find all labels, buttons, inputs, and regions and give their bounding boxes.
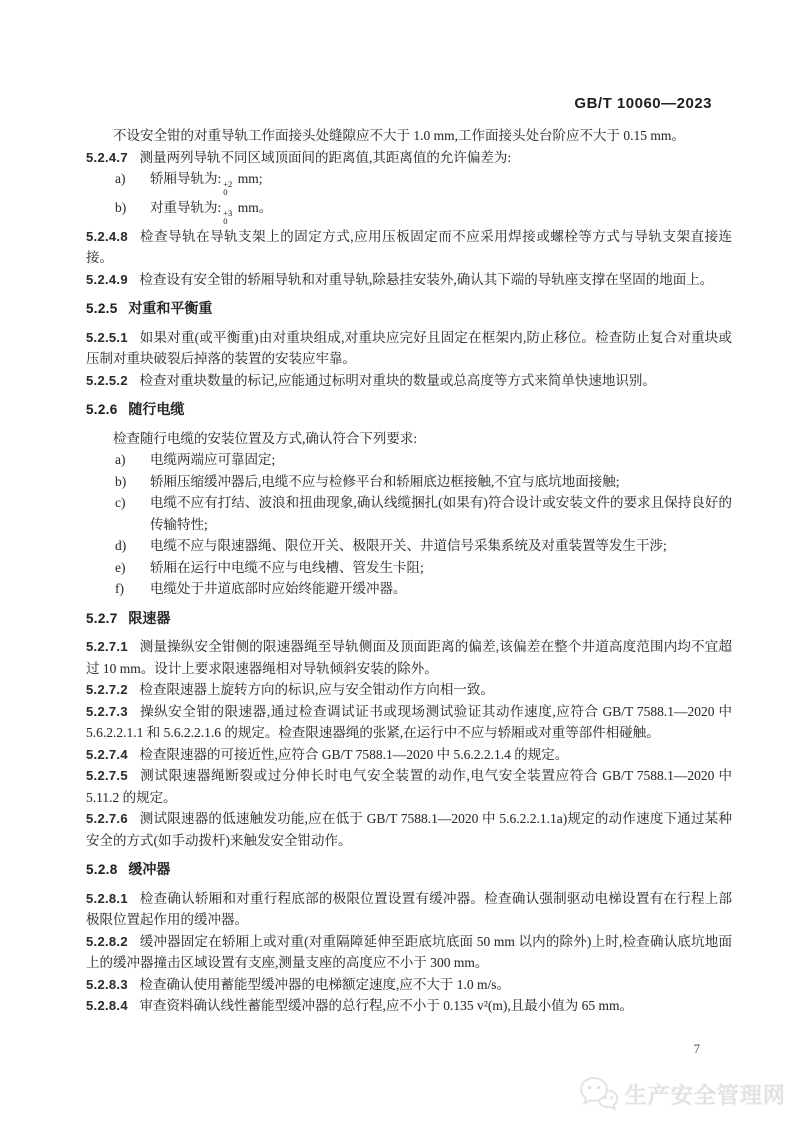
list-item-text: 对重导轨为:+30 mm。 (150, 197, 732, 226)
section-number: 5.2.7 (86, 611, 118, 626)
list-marker: b) (115, 197, 150, 226)
clause-paragraph: 5.2.4.9检查设有安全钳的轿厢导轨和对重导轨,除悬挂安装外,确认其下端的导轨… (86, 269, 732, 291)
document-page: GB/T 10060—2023 不设安全钳的对重导轨工作面接头处缝隙应不大于 1… (0, 0, 800, 1129)
section-title: 随行电缆 (128, 401, 184, 417)
section-title: 缓冲器 (128, 861, 170, 877)
tolerance-value: +20 (223, 180, 232, 197)
clause-paragraph: 5.2.8.2缓冲器固定在轿厢上或对重(对重隔障延伸至距底坑底面 50 mm 以… (86, 931, 732, 974)
section-heading: 5.2.6随行电缆 (86, 399, 732, 421)
text-run: 电缆处于井道底部时应始终能避开缓冲器。 (150, 581, 407, 596)
clause-paragraph: 5.2.7.4检查限速器的可接近性,应符合 GB/T 7588.1—2020 中… (86, 744, 732, 766)
list-item: a)电缆两端应可靠固定; (86, 449, 732, 471)
clause-paragraph: 5.2.7.2检查限速器上旋转方向的标识,应与安全钳动作方向相一致。 (86, 679, 732, 701)
clause-number: 5.2.5.2 (86, 373, 128, 388)
text-run: 轿厢导轨为: (150, 171, 221, 186)
list-item-text: 电缆处于井道底部时应始终能避开缓冲器。 (150, 578, 732, 600)
text-run: 检查设有安全钳的轿厢导轨和对重导轨,除悬挂安装外,确认其下端的导轨座支撑在坚固的… (140, 272, 714, 287)
text-run: 缓冲器固定在轿厢上或对重(对重隔障延伸至距底坑底面 50 mm 以内的除外)上时… (86, 934, 732, 971)
clause-paragraph: 5.2.7.6测试限速器的低速触发功能,应在低于 GB/T 7588.1—202… (86, 808, 732, 851)
list-item: f)电缆处于井道底部时应始终能避开缓冲器。 (86, 578, 732, 600)
text-run: 检查随行电缆的安装位置及方式,确认符合下列要求: (113, 431, 417, 446)
clause-number: 5.2.7.1 (86, 639, 128, 654)
text-run: mm; (234, 171, 262, 186)
clause-number: 5.2.4.8 (86, 229, 128, 244)
text-run: 对重导轨为: (150, 200, 221, 215)
clause-number: 5.2.7.6 (86, 811, 128, 826)
text-run: 电缆两端应可靠固定; (150, 452, 275, 467)
text-run: 审查资料确认线性蓄能型缓冲器的总行程,应不小于 0.135 v²(m),且最小值… (140, 998, 633, 1013)
text-run: 检查确认使用蓄能型缓冲器的电梯额定速度,应不大于 1.0 m/s。 (140, 977, 511, 992)
section-title: 对重和平衡重 (128, 300, 212, 316)
list-marker: b) (115, 471, 150, 493)
list-item-text: 电缆不应与限速器绳、限位开关、极限开关、井道信号采集系统及对重装置等发生干涉; (150, 535, 732, 557)
text-run: 测量操纵安全钳侧的限速器绳至导轨侧面及顶面距离的偏差,该偏差在整个井道高度范围内… (86, 639, 732, 676)
clause-paragraph: 5.2.8.1检查确认轿厢和对重行程底部的极限位置设置有缓冲器。检查确认强制驱动… (86, 888, 732, 931)
paragraph: 不设安全钳的对重导轨工作面接头处缝隙应不大于 1.0 mm,工作面接头处台阶应不… (86, 125, 732, 147)
text-run: 不设安全钳的对重导轨工作面接头处缝隙应不大于 1.0 mm,工作面接头处台阶应不… (113, 128, 685, 143)
clause-paragraph: 5.2.7.3操纵安全钳的限速器,通过检查调试证书或现场测试验证其动作速度,应符… (86, 701, 732, 744)
text-run: 电缆不应有打结、波浪和扭曲现象,确认线缆捆扎(如果有)符合设计或安装文件的要求且… (150, 495, 732, 532)
clause-number: 5.2.7.2 (86, 682, 128, 697)
watermark-text: 生产安全管理网 (625, 1079, 786, 1110)
list-marker: a) (115, 449, 150, 471)
section-heading: 5.2.7限速器 (86, 608, 732, 630)
text-run: 检查限速器的可接近性,应符合 GB/T 7588.1—2020 中 5.6.2.… (140, 747, 569, 762)
section-number: 5.2.6 (86, 402, 118, 417)
document-content: 不设安全钳的对重导轨工作面接头处缝隙应不大于 1.0 mm,工作面接头处台阶应不… (86, 125, 732, 1017)
list-marker: e) (115, 557, 150, 579)
standard-number-header: GB/T 10060—2023 (574, 95, 712, 112)
list-marker: a) (115, 168, 150, 197)
section-number: 5.2.8 (86, 862, 118, 877)
clause-paragraph: 5.2.4.7测量两列导轨不同区域顶面间的距离值,其距离值的允许偏差为: (86, 147, 732, 169)
paragraph: 检查随行电缆的安装位置及方式,确认符合下列要求: (86, 428, 732, 450)
clause-number: 5.2.5.1 (86, 330, 128, 345)
clause-number: 5.2.7.5 (86, 768, 128, 783)
clause-paragraph: 5.2.5.2检查对重块数量的标记,应能通过标明对重块的数量或总高度等方式来简单… (86, 370, 732, 392)
clause-paragraph: 5.2.7.5测试限速器绳断裂或过分伸长时电气安全装置的动作,电气安全装置应符合… (86, 765, 732, 808)
text-run: 检查对重块数量的标记,应能通过标明对重块的数量或总高度等方式来简单快速地识别。 (140, 373, 656, 388)
text-run: mm。 (234, 200, 272, 215)
list-item: b)轿厢压缩缓冲器后,电缆不应与检修平台和轿厢底边框接触,不宜与底坑地面接触; (86, 471, 732, 493)
clause-paragraph: 5.2.4.8检查导轨在导轨支架上的固定方式,应用压板固定而不应采用焊接或螺栓等… (86, 226, 732, 269)
text-run: 检查限速器上旋转方向的标识,应与安全钳动作方向相一致。 (140, 682, 494, 697)
list-marker: c) (115, 492, 150, 535)
list-item-text: 轿厢压缩缓冲器后,电缆不应与检修平台和轿厢底边框接触,不宜与底坑地面接触; (150, 471, 732, 493)
text-run: 轿厢压缩缓冲器后,电缆不应与检修平台和轿厢底边框接触,不宜与底坑地面接触; (150, 474, 620, 489)
list-item: c)电缆不应有打结、波浪和扭曲现象,确认线缆捆扎(如果有)符合设计或安装文件的要… (86, 492, 732, 535)
clause-number: 5.2.7.4 (86, 747, 128, 762)
text-run: 检查确认轿厢和对重行程底部的极限位置设置有缓冲器。检查确认强制驱动电梯设置有在行… (86, 891, 732, 928)
clause-number: 5.2.8.4 (86, 998, 128, 1013)
text-run: 测试限速器的低速触发功能,应在低于 GB/T 7588.1—2020 中 5.6… (86, 811, 732, 848)
page-number: 7 (694, 1042, 700, 1057)
clause-number: 5.2.4.7 (86, 150, 128, 165)
list-item: b)对重导轨为:+30 mm。 (86, 197, 732, 226)
tolerance-value: +30 (223, 209, 232, 226)
list-item-text: 轿厢在运行中电缆不应与电线槽、管发生卡阻; (150, 557, 732, 579)
list-marker: f) (115, 578, 150, 600)
chat-bubbles-logo-icon (578, 1075, 620, 1113)
text-run: 操纵安全钳的限速器,通过检查调试证书或现场测试验证其动作速度,应符合 GB/T … (86, 704, 732, 741)
section-title: 限速器 (128, 610, 170, 626)
list-item-text: 电缆两端应可靠固定; (150, 449, 732, 471)
section-heading: 5.2.8缓冲器 (86, 859, 732, 881)
tolerance-lower: 0 (223, 188, 232, 197)
text-run: 测量两列导轨不同区域顶面间的距离值,其距离值的允许偏差为: (140, 150, 512, 165)
clause-number: 5.2.4.9 (86, 272, 128, 287)
clause-number: 5.2.7.3 (86, 704, 128, 719)
tolerance-lower: 0 (223, 217, 232, 226)
clause-number: 5.2.8.1 (86, 891, 128, 906)
text-run: 电缆不应与限速器绳、限位开关、极限开关、井道信号采集系统及对重装置等发生干涉; (150, 538, 667, 553)
watermark: 生产安全管理网 (578, 1075, 786, 1113)
clause-number: 5.2.8.3 (86, 977, 128, 992)
text-run: 轿厢在运行中电缆不应与电线槽、管发生卡阻; (150, 560, 424, 575)
list-item-text: 轿厢导轨为:+20 mm; (150, 168, 732, 197)
text-run: 如果对重(或平衡重)由对重块组成,对重块应完好且固定在框架内,防止移位。检查防止… (86, 330, 732, 367)
text-run: 检查导轨在导轨支架上的固定方式,应用压板固定而不应采用焊接或螺栓等方式与导轨支架… (86, 229, 732, 266)
list-marker: d) (115, 535, 150, 557)
text-run: 测试限速器绳断裂或过分伸长时电气安全装置的动作,电气安全装置应符合 GB/T 7… (86, 768, 732, 805)
list-item: e)轿厢在运行中电缆不应与电线槽、管发生卡阻; (86, 557, 732, 579)
clause-paragraph: 5.2.5.1如果对重(或平衡重)由对重块组成,对重块应完好且固定在框架内,防止… (86, 327, 732, 370)
section-number: 5.2.5 (86, 301, 118, 316)
clause-paragraph: 5.2.7.1测量操纵安全钳侧的限速器绳至导轨侧面及顶面距离的偏差,该偏差在整个… (86, 636, 732, 679)
clause-paragraph: 5.2.8.4审查资料确认线性蓄能型缓冲器的总行程,应不小于 0.135 v²(… (86, 995, 732, 1017)
list-item: d)电缆不应与限速器绳、限位开关、极限开关、井道信号采集系统及对重装置等发生干涉… (86, 535, 732, 557)
section-heading: 5.2.5对重和平衡重 (86, 298, 732, 320)
clause-number: 5.2.8.2 (86, 934, 128, 949)
list-item-text: 电缆不应有打结、波浪和扭曲现象,确认线缆捆扎(如果有)符合设计或安装文件的要求且… (150, 492, 732, 535)
clause-paragraph: 5.2.8.3检查确认使用蓄能型缓冲器的电梯额定速度,应不大于 1.0 m/s。 (86, 974, 732, 996)
list-item: a)轿厢导轨为:+20 mm; (86, 168, 732, 197)
